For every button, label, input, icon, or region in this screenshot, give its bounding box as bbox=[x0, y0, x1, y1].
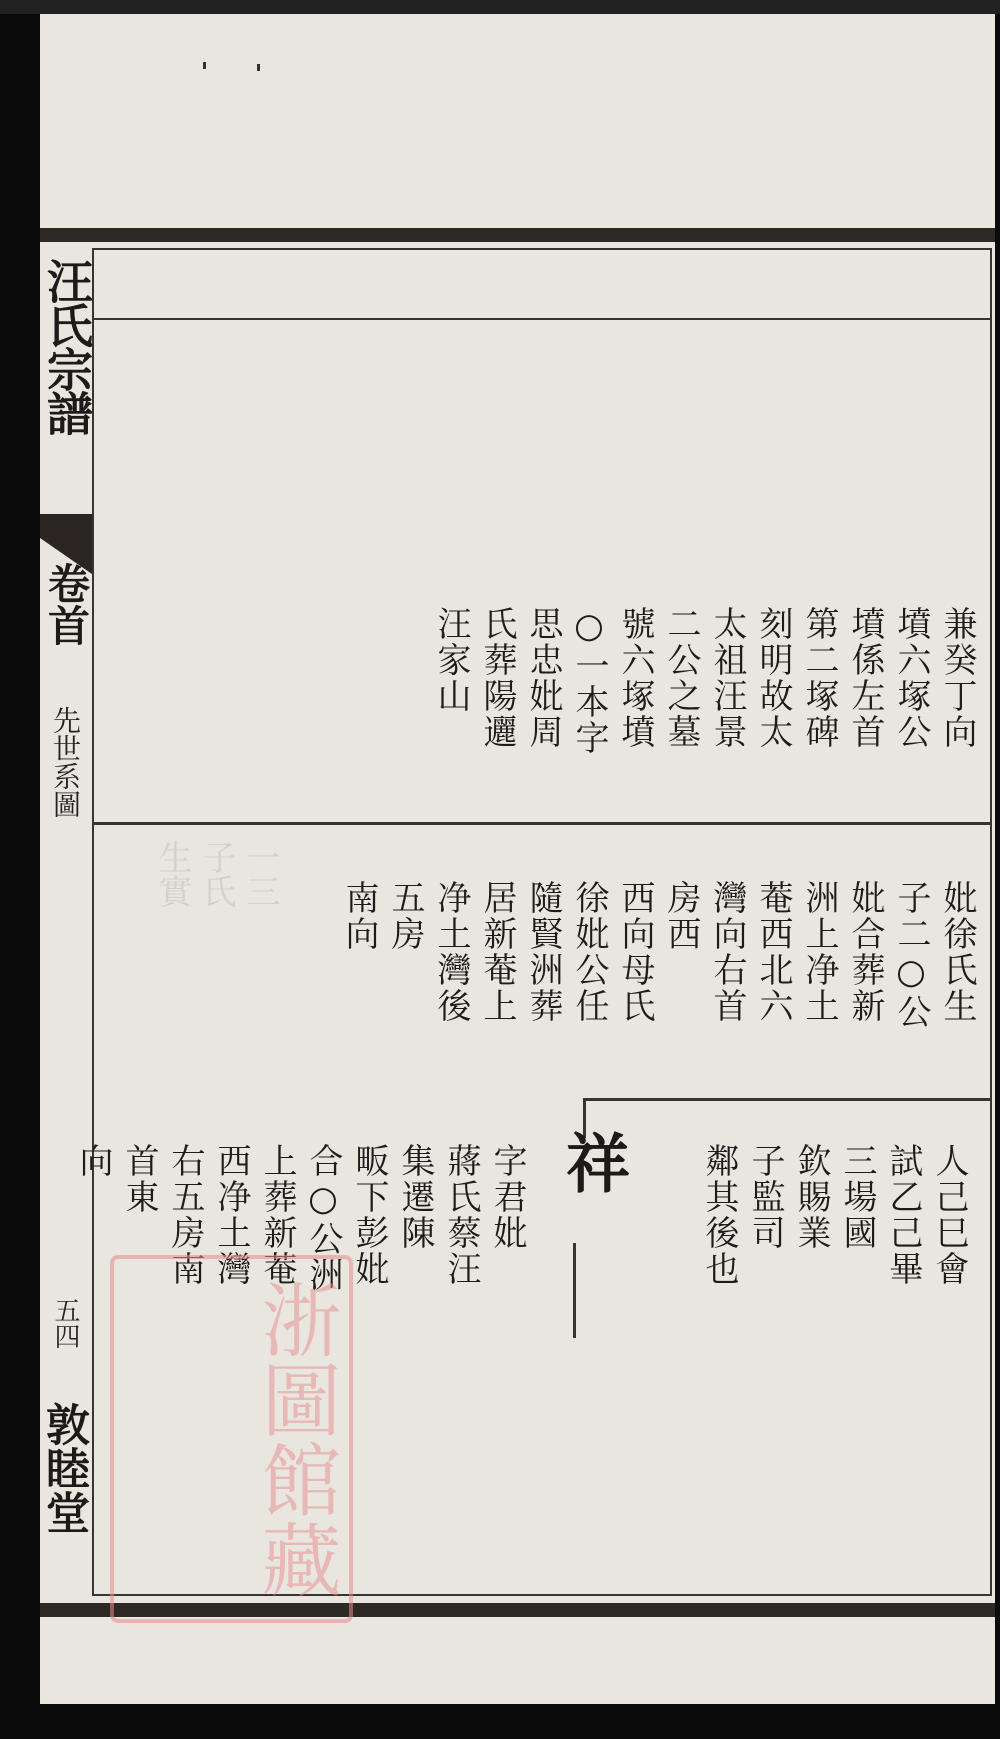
genealogy-title: 汪氏宗譜 bbox=[44, 258, 90, 434]
text-column: 人己巳會 bbox=[926, 1143, 972, 1353]
text-column: ○一本字 bbox=[566, 606, 612, 816]
text-column: 五房 bbox=[382, 880, 428, 1090]
ink-speck bbox=[203, 62, 206, 69]
text-column: 第二塚碑 bbox=[796, 606, 842, 816]
ink-speck bbox=[257, 64, 260, 71]
parent-record: 妣徐氏生 子二○公 妣合葬新 洲上净土 菴西北六 灣向右首 房西 西向母氏 徐妣… bbox=[336, 880, 980, 1090]
text-column: 西向母氏 bbox=[612, 880, 658, 1090]
text-column: 灣向右首 bbox=[704, 880, 750, 1090]
bleed-through-text: 一三子氏生實 bbox=[150, 840, 282, 908]
section-label: 先世系圖 bbox=[48, 706, 82, 818]
generation-divider-1 bbox=[92, 822, 992, 825]
lineage-branch-line bbox=[583, 1098, 991, 1101]
text-column: 鄰其後也 bbox=[696, 1143, 742, 1353]
grave-record: 兼癸丁向 墳六塚公 墳係左首 第二塚碑 刻明故太 太祖汪景 二公之墓 號六塚墳 … bbox=[428, 606, 980, 816]
text-column: 南向 bbox=[336, 880, 382, 1090]
text-column: 菴西北六 bbox=[750, 880, 796, 1090]
text-column: 妣合葬新 bbox=[842, 880, 888, 1090]
frame-right bbox=[990, 250, 992, 1595]
text-column: 號六塚墳 bbox=[612, 606, 658, 816]
text-column: 氏葬陽邐 bbox=[474, 606, 520, 816]
frame-top-thin bbox=[92, 248, 992, 250]
text-column: 太祖汪景 bbox=[704, 606, 750, 816]
text-column: 子監司 bbox=[742, 1143, 788, 1353]
text-column: 三場國 bbox=[834, 1143, 880, 1353]
library-seal-stamp: 浙圖館藏 bbox=[110, 1255, 353, 1623]
scan-border-top bbox=[0, 0, 1000, 14]
hall-name: 敦睦堂 bbox=[40, 1402, 86, 1534]
text-column: 墳係左首 bbox=[842, 606, 888, 816]
text-column: 洲上净土 bbox=[796, 880, 842, 1090]
frame-top-thick bbox=[40, 228, 995, 242]
text-column: 集遷陳 bbox=[392, 1143, 438, 1353]
text-column: 欽賜業 bbox=[788, 1143, 834, 1353]
text-column: 蔣氏蔡汪 bbox=[438, 1143, 484, 1353]
text-column: 隨賢洲葬 bbox=[520, 880, 566, 1090]
spine-divider bbox=[92, 250, 94, 1595]
person-name: 祥 bbox=[546, 1130, 638, 1194]
lineage-descender-line bbox=[573, 1243, 576, 1338]
header-row-line bbox=[92, 318, 992, 320]
text-column: 汪家山 bbox=[428, 606, 474, 816]
text-column: 刻明故太 bbox=[750, 606, 796, 816]
text-column: 子二○公 bbox=[888, 880, 934, 1090]
text-column: 妣徐氏生 bbox=[934, 880, 980, 1090]
text-column: 二公之墓 bbox=[658, 606, 704, 816]
text-column: 字君妣 bbox=[484, 1143, 530, 1353]
text-column: 徐妣公任 bbox=[566, 880, 612, 1090]
text-column: 房西 bbox=[658, 880, 704, 1090]
text-column: 思忠妣周 bbox=[520, 606, 566, 816]
text-column: 兼癸丁向 bbox=[934, 606, 980, 816]
text-column: 净土灣後 bbox=[428, 880, 474, 1090]
text-column: 居新菴上 bbox=[474, 880, 520, 1090]
chapter-label: 卷首 bbox=[44, 562, 88, 646]
page-spine: 汪氏宗譜 卷首 先世系圖 五四 敦睦堂 bbox=[40, 252, 92, 1597]
text-column: 試乙己畢 bbox=[880, 1143, 926, 1353]
text-column: 墳六塚公 bbox=[888, 606, 934, 816]
seal-text: 浙圖館藏 bbox=[114, 1259, 349, 1619]
person-bio: 人己巳會 試乙己畢 三場國 欽賜業 子監司 鄰其後也 bbox=[696, 1143, 972, 1353]
